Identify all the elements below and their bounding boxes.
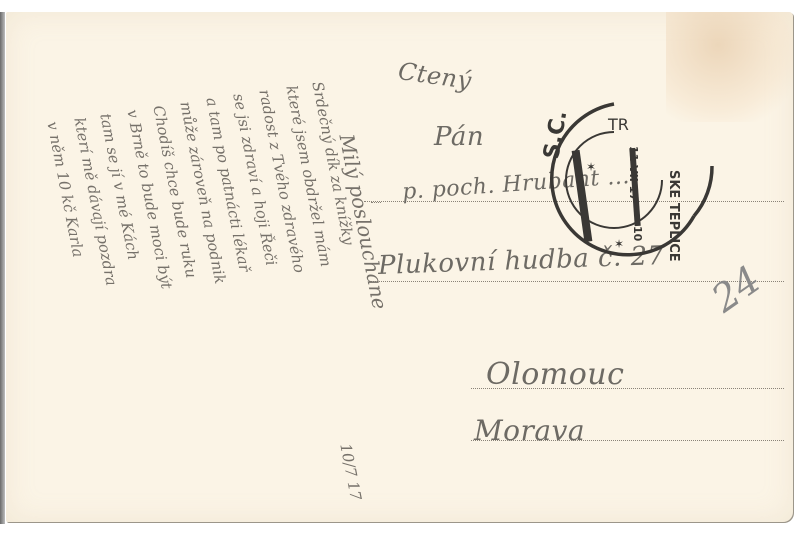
address-title: Pán xyxy=(434,122,484,152)
scan-edge xyxy=(0,12,5,524)
address-salutation: Ctený xyxy=(396,57,473,95)
svg-text:✶: ✶ xyxy=(614,237,624,251)
postcard-back: Ctený Pán p. poch. Hrubant ... Plukovní … xyxy=(6,12,793,522)
svg-text:SKE TEPLICE: SKE TEPLICE xyxy=(666,170,681,262)
svg-text:10: 10 xyxy=(631,226,644,242)
svg-text:✶: ✶ xyxy=(586,160,596,174)
message-date: 10/7 17 xyxy=(336,442,365,502)
message-divider-stub xyxy=(371,202,381,203)
svg-text:S.C.: S.C. xyxy=(539,109,572,161)
address-region: Morava xyxy=(474,414,585,447)
svg-text:TR: TR xyxy=(607,115,629,134)
address-city: Olomouc xyxy=(486,357,624,392)
postmark: TR SKE TEPLICE S.C. 11 VII 17 10 ✶ ✶ xyxy=(522,96,718,268)
